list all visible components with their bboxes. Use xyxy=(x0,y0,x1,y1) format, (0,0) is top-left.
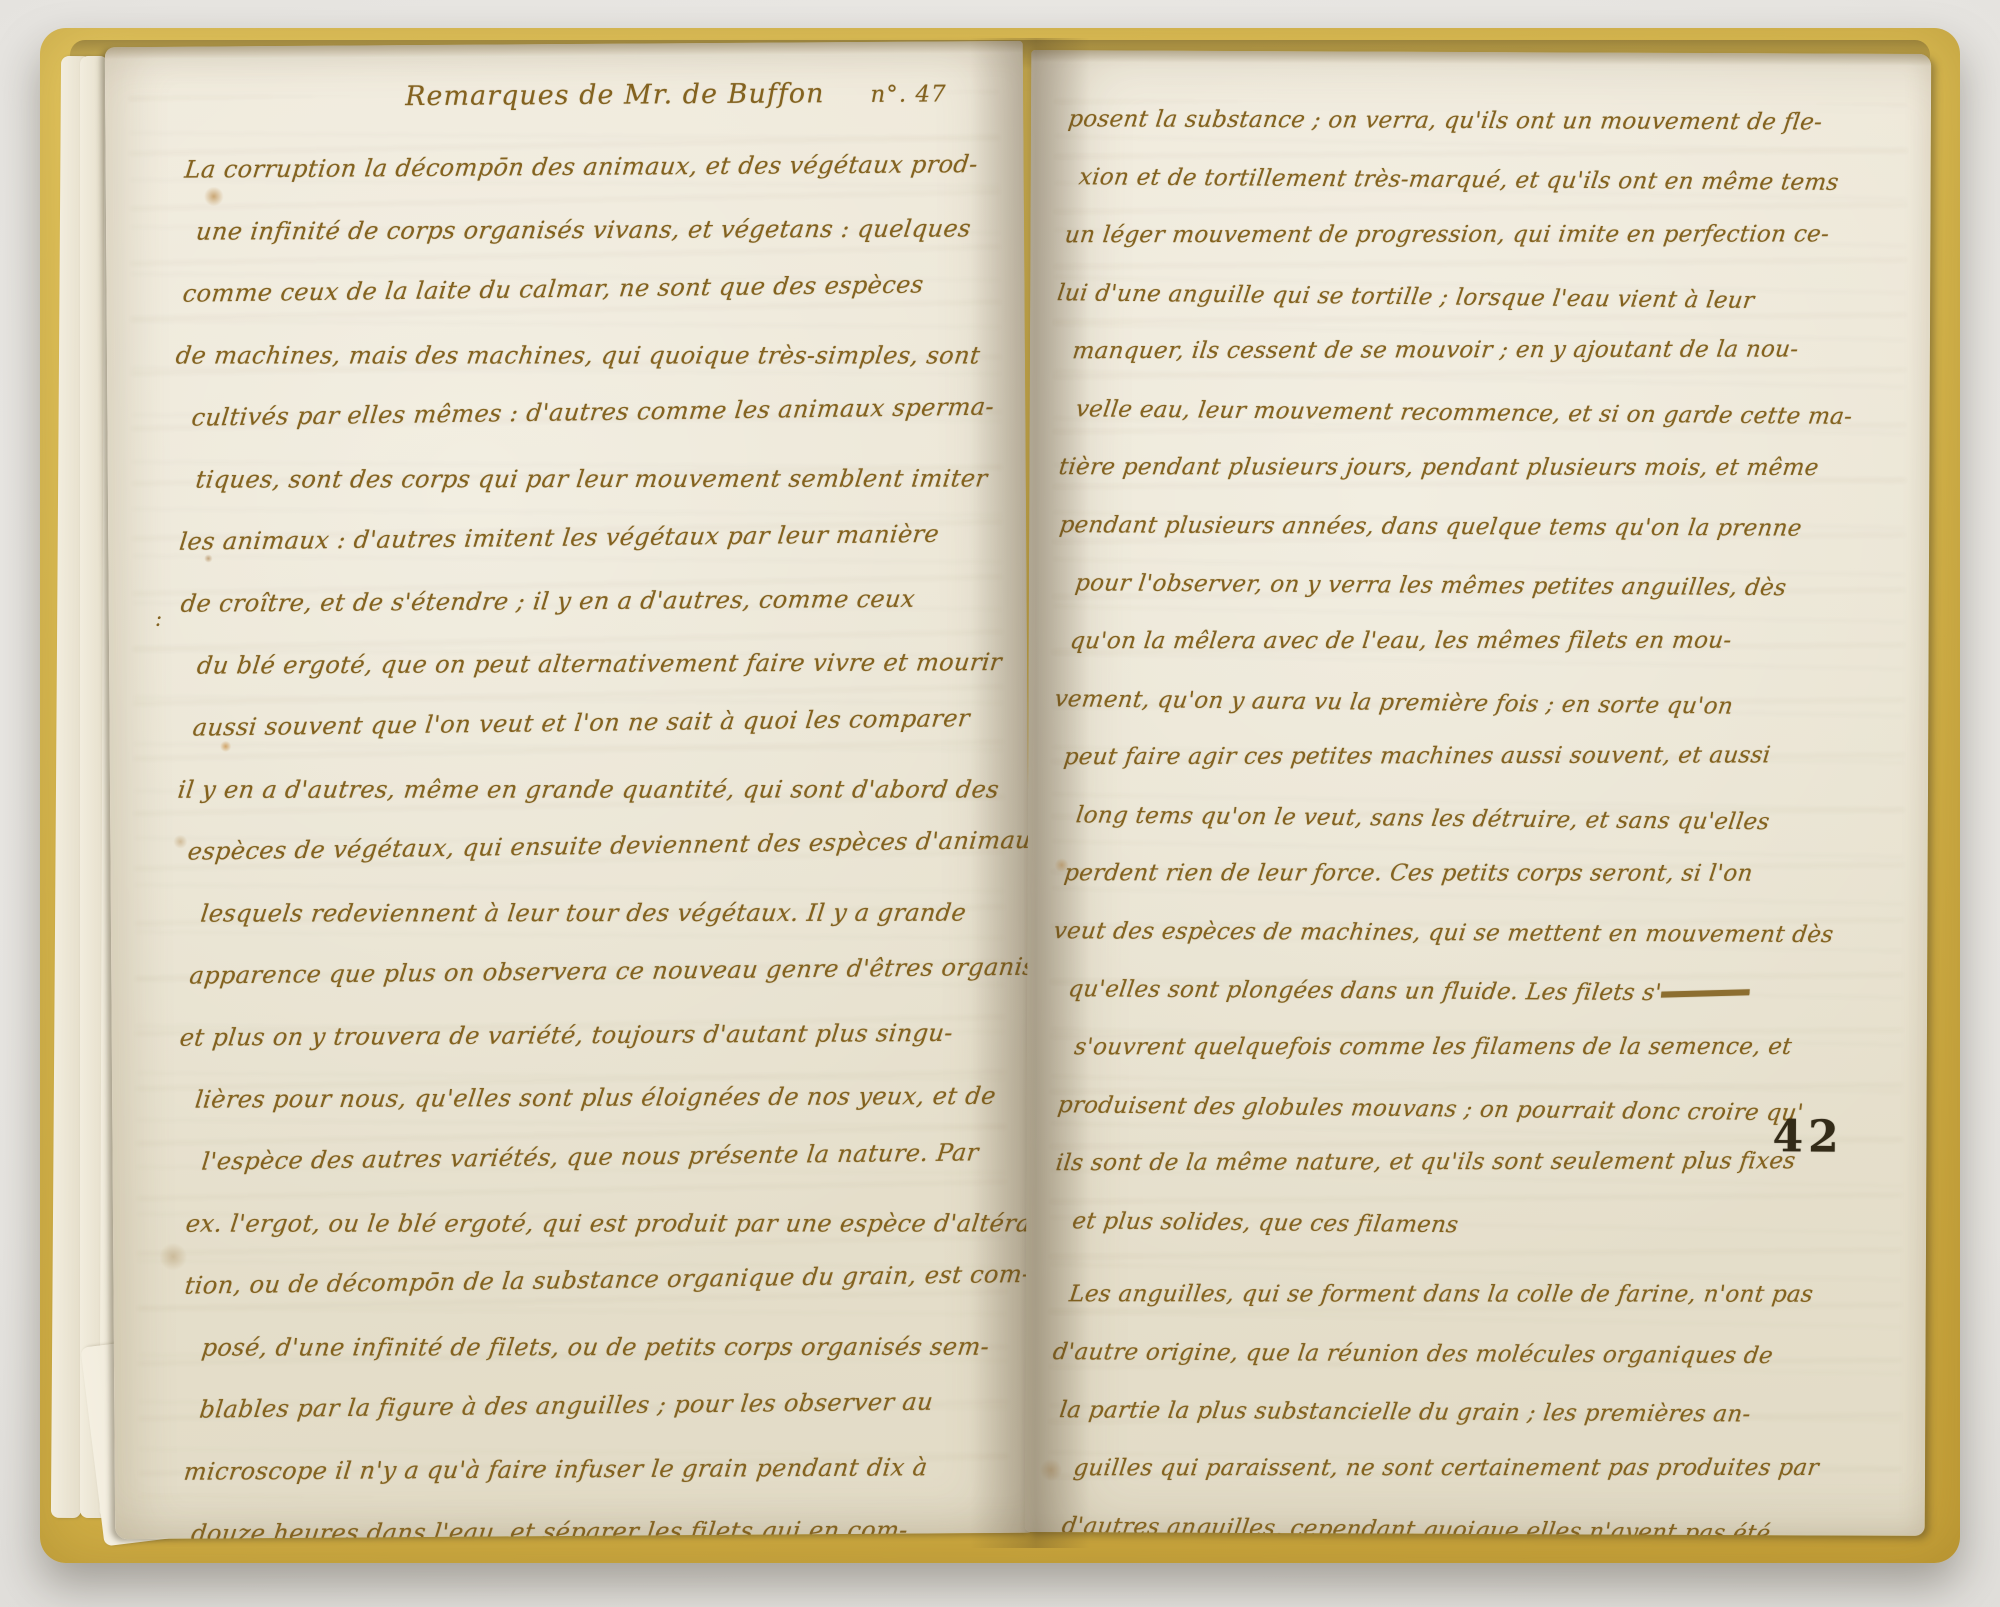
book-cover: Remarques de Mr. de Buffonn°. 47 : La co… xyxy=(40,28,1960,1563)
manuscript-line: manquer, ils cessent de se mouvoir ; en … xyxy=(1076,320,1802,322)
manuscript-line: vement, qu'on y aura vu la première fois… xyxy=(1059,670,1737,677)
photo-backdrop: Remarques de Mr. de Buffonn°. 47 : La co… xyxy=(0,0,2000,1607)
title-text: Remarques de Mr. de Buffon xyxy=(405,78,825,112)
manuscript-line: de croître, et de s'étendre ; il y en a … xyxy=(185,568,919,573)
manuscript-line: pendant plusieurs années, dans quelque t… xyxy=(1063,496,1805,499)
left-page: Remarques de Mr. de Buffonn°. 47 : La co… xyxy=(105,41,1033,1539)
manuscript-line: la partie la plus substancielle du grain… xyxy=(1063,1381,1754,1385)
manuscript-line: velle eau, leur mouvement recommence, et… xyxy=(1080,380,1856,388)
manuscript-line: xion et de tortillement très-marqué, et … xyxy=(1083,148,1843,154)
manuscript-line: tière pendant plusieurs jours, pendant p… xyxy=(1063,438,1823,439)
manuscript-line: lesquels redeviennent à leur tour des vé… xyxy=(205,882,970,883)
manuscript-line: cultivés par elles mêmes : d'autres comm… xyxy=(196,376,998,387)
manuscript-line: douze heures dans l'eau, et séparer les … xyxy=(195,1499,912,1503)
manuscript-line: apparence que plus on observera ce nouve… xyxy=(193,935,1033,944)
manuscript-line: lui d'une anguille qui se tortille ; lor… xyxy=(1061,264,1758,272)
manuscript-line: peut faire agir ces petites machines aus… xyxy=(1068,726,1775,728)
manuscript-line: et plus on y trouvera de variété, toujou… xyxy=(184,1002,957,1007)
manuscript-line: produisent des globules mouvans ; on pou… xyxy=(1061,1076,1806,1084)
title-number: n°. 47 xyxy=(870,81,946,108)
crossed-out-word: ———— xyxy=(1658,963,1752,1023)
manuscript-line: posé, d'une infinité de filets, ou de pe… xyxy=(205,1316,992,1317)
manuscript-line: pour l'observer, on y verra les mêmes pe… xyxy=(1079,554,1790,559)
manuscript-line: l'espèce des autres variétés, que nous p… xyxy=(205,1121,982,1130)
manuscript-line: d'autre origine, que la réunion des molé… xyxy=(1057,1323,1777,1327)
manuscript-line: d'autres anguilles, cependant quoique el… xyxy=(1066,1497,1774,1505)
manuscript-line: posent la substance ; on verra, qu'ils o… xyxy=(1072,90,1826,93)
manuscript-line: les animaux : d'autres imitent les végét… xyxy=(183,503,943,511)
printed-page-number: 42 xyxy=(1772,1111,1843,1162)
manuscript-line: La corruption la décompōn des animaux, e… xyxy=(188,133,981,139)
right-page: posent la substance ; on verra, qu'ils o… xyxy=(1025,50,1931,1536)
margin-mark: : xyxy=(155,607,163,632)
manuscript-line: du blé ergoté, que on peut alternativeme… xyxy=(201,631,1006,635)
manuscript-line: long tems qu'on le veut, sans les détrui… xyxy=(1080,786,1773,793)
manuscript-line: microscope il n'y a qu'à faire infuser l… xyxy=(188,1436,932,1440)
right-page-text: posent la substance ; on verra, qu'ils o… xyxy=(1061,90,1911,94)
age-spots xyxy=(1025,50,1931,1536)
left-page-text: La corruption la décompōn des animaux, e… xyxy=(177,133,1023,139)
manuscript-line: comme ceux de la laite du calmar, ne son… xyxy=(186,253,927,262)
manuscript-line: et plus solides, que ces filamens xyxy=(1076,1192,1462,1196)
manuscript-line: ils sont de la même nature, et qu'ils so… xyxy=(1059,1132,1798,1134)
manuscript-line: aussi souvent que l'on veut et l'on ne s… xyxy=(197,687,974,696)
manuscript-line: un léger mouvement de progression, qui i… xyxy=(1069,205,1833,206)
manuscript-line: qu'on la mêlera avec de l'eau, les mêmes… xyxy=(1074,612,1735,613)
manuscript-line: lières pour nous, qu'elles sont plus élo… xyxy=(199,1065,1000,1069)
manuscript-line: veut des espèces de machines, qui se met… xyxy=(1058,902,1838,906)
manuscript-line: tiques, sont des corps qui par leur mouv… xyxy=(199,447,991,448)
manuscript-line: qu'elles sont plongées dans un fluide. L… xyxy=(1072,960,1753,965)
manuscript-line: blables par la figure à des anguilles ; … xyxy=(203,1371,936,1379)
manuscript-title: Remarques de Mr. de Buffonn°. 47 xyxy=(405,77,947,112)
manuscript-line: une infinité de corps organisés vivans, … xyxy=(200,197,975,200)
manuscript-line: tion, ou de décompōn de la substance org… xyxy=(188,1243,1033,1255)
deckle-edge xyxy=(1031,50,1931,66)
manuscript-line: espèces de végétaux, qui ensuite devienn… xyxy=(192,809,1034,821)
